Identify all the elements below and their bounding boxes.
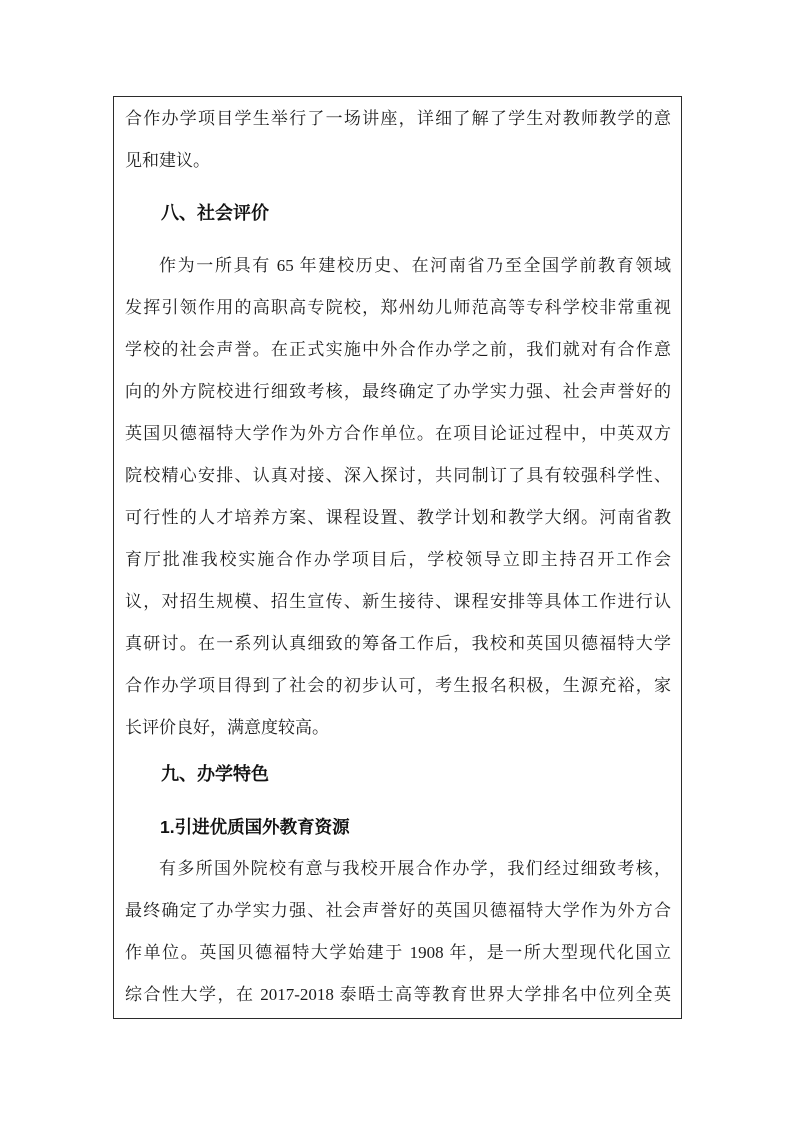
text-line: 议，对招生规模、招生宣传、新生接待、课程安排等具体工作进行认 (125, 581, 671, 623)
text-line: 向的外方院校进行细致考核，最终确定了办学实力强、社会声誉好的 (125, 371, 671, 413)
text-line: 最终确定了办学实力强、社会声誉好的英国贝德福特大学作为外方合 (125, 890, 671, 932)
text-line: 可行性的人才培养方案、课程设置、教学计划和教学大纲。河南省教 (125, 497, 671, 539)
section-9-heading: 九、办学特色 (125, 753, 671, 795)
paragraph-continuation: 合作办学项目学生举行了一场讲座，详细了解了学生对教师教学的意 见和建议。 (125, 98, 671, 182)
text-line: 院校精心安排、认真对接、深入探讨，共同制订了具有较强科学性、 (125, 455, 671, 497)
content-table-cell: 合作办学项目学生举行了一场讲座，详细了解了学生对教师教学的意 见和建议。 八、社… (113, 96, 682, 1019)
text-line: 长评价良好，满意度较高。 (125, 707, 671, 749)
text-line: 作为一所具有 65 年建校历史、在河南省乃至全国学前教育领域 (125, 245, 671, 287)
text-line: 育厅批准我校实施合作办学项目后，学校领导立即主持召开工作会 (125, 539, 671, 581)
text-line: 见和建议。 (125, 140, 671, 182)
section-8-paragraph: 作为一所具有 65 年建校历史、在河南省乃至全国学前教育领域 发挥引领作用的高职… (125, 245, 671, 749)
section-8-heading: 八、社会评价 (125, 192, 671, 234)
text-line: 综合性大学，在 2017-2018 泰晤士高等教育世界大学排名中位列全英 (125, 974, 671, 1016)
subsection-1-heading: 1.引进优质国外教育资源 (125, 806, 671, 848)
text-line: 有多所国外院校有意与我校开展合作办学，我们经过细致考核， (125, 848, 671, 890)
text-line: 学校的社会声誉。在正式实施中外合作办学之前，我们就对有合作意 (125, 329, 671, 371)
text-line: 发挥引领作用的高职高专院校，郑州幼儿师范高等专科学校非常重视 (125, 287, 671, 329)
text-line: 作单位。英国贝德福特大学始建于 1908 年，是一所大型现代化国立 (125, 932, 671, 974)
text-line: 合作办学项目学生举行了一场讲座，详细了解了学生对教师教学的意 (125, 98, 671, 140)
text-line: 英国贝德福特大学作为外方合作单位。在项目论证过程中，中英双方 (125, 413, 671, 455)
document-page: 合作办学项目学生举行了一场讲座，详细了解了学生对教师教学的意 见和建议。 八、社… (0, 0, 794, 1123)
text-line: 合作办学项目得到了社会的初步认可，考生报名积极，生源充裕，家 (125, 665, 671, 707)
subsection-1-paragraph: 有多所国外院校有意与我校开展合作办学，我们经过细致考核， 最终确定了办学实力强、… (125, 848, 671, 1016)
text-line: 真研讨。在一系列认真细致的筹备工作后，我校和英国贝德福特大学 (125, 623, 671, 665)
